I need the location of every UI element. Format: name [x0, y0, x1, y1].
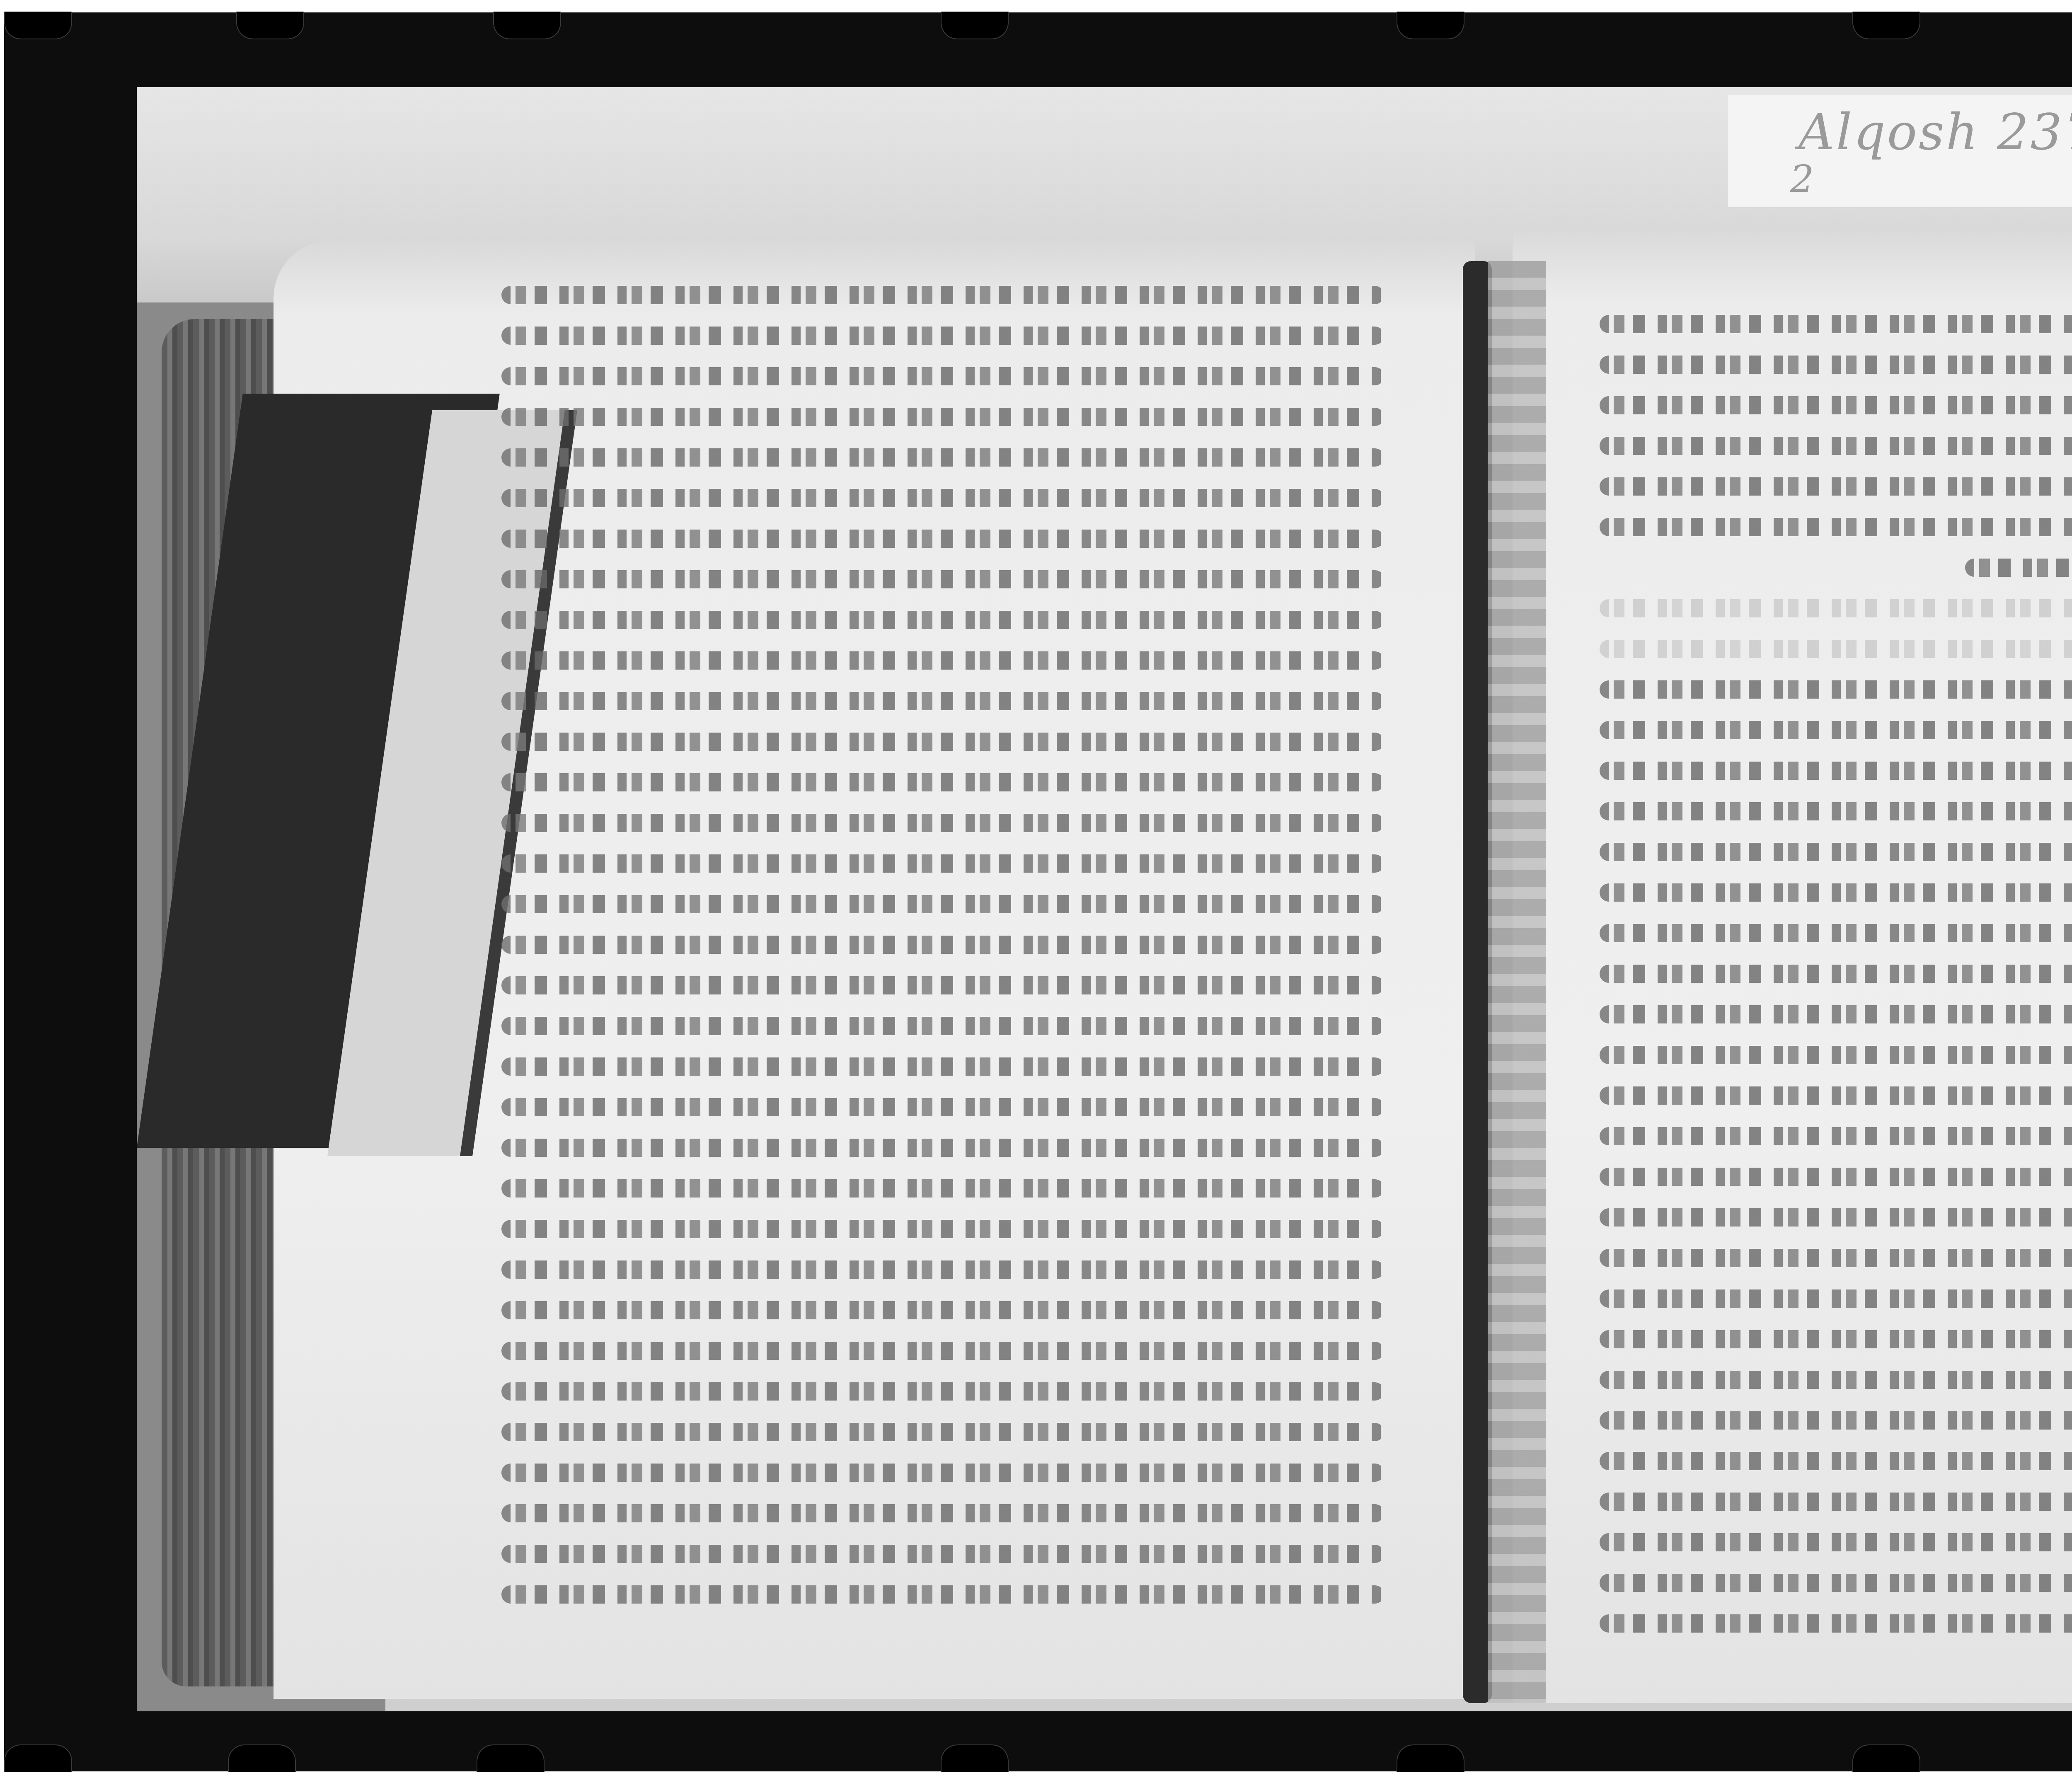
text-line	[1600, 680, 2072, 699]
shelfmark-label-card: Alqosh 237 2	[1728, 95, 2072, 207]
photo-frame: Alqosh 237 2	[137, 87, 2072, 1711]
left-page-text-block	[501, 286, 1384, 1626]
text-line	[501, 895, 1384, 913]
text-line	[501, 976, 1384, 994]
rubric-line	[1600, 640, 2072, 658]
sprocket-hole	[228, 1744, 296, 1772]
gutter-stubs	[1488, 261, 1546, 1703]
text-line	[1600, 883, 2072, 902]
text-line	[501, 1545, 1384, 1563]
text-line	[1600, 1533, 2072, 1551]
text-line	[1600, 1249, 2072, 1267]
text-line	[501, 1057, 1384, 1076]
text-line	[1600, 1127, 2072, 1145]
text-line	[1600, 1614, 2072, 1633]
text-line	[1600, 1086, 2072, 1105]
text-line	[1600, 1493, 2072, 1511]
text-line	[1600, 315, 2072, 333]
text-line	[1600, 477, 2072, 496]
sprocket-hole	[1397, 1744, 1464, 1772]
text-line	[501, 1585, 1384, 1604]
sprocket-hole	[941, 12, 1009, 39]
sprocket-hole	[493, 12, 561, 39]
text-line	[1600, 518, 2072, 536]
text-line	[1600, 1208, 2072, 1227]
text-line	[501, 1342, 1384, 1360]
text-line	[501, 651, 1384, 670]
text-line	[501, 408, 1384, 426]
text-line	[501, 611, 1384, 629]
text-line	[1600, 1371, 2072, 1389]
sprocket-hole	[4, 1744, 72, 1772]
text-line	[501, 1504, 1384, 1522]
text-line	[501, 448, 1384, 467]
text-line	[1600, 356, 2072, 374]
text-line	[1600, 802, 2072, 820]
text-line	[501, 286, 1384, 304]
text-line	[1600, 924, 2072, 942]
text-line	[1600, 1005, 2072, 1023]
text-line	[1600, 1411, 2072, 1430]
text-line	[501, 1382, 1384, 1401]
text-line	[1600, 437, 2072, 455]
right-page-text-block	[1600, 315, 2072, 1655]
text-line	[501, 1260, 1384, 1279]
text-line	[1600, 721, 2072, 739]
text-line	[1600, 396, 2072, 414]
sprocket-hole	[477, 1744, 545, 1772]
sprocket-hole	[236, 12, 304, 39]
text-line	[501, 692, 1384, 710]
film-strip: Alqosh 237 2	[4, 12, 2072, 1771]
text-line	[501, 570, 1384, 588]
text-line	[501, 327, 1384, 345]
text-line	[501, 1464, 1384, 1482]
sprocket-hole	[1397, 12, 1464, 39]
text-line	[1600, 1289, 2072, 1308]
sprocket-hole	[1852, 12, 1920, 39]
frame-number: 2	[1790, 157, 1814, 201]
text-line	[1600, 1046, 2072, 1064]
text-line	[501, 1220, 1384, 1238]
text-line	[501, 1098, 1384, 1116]
text-line	[501, 1301, 1384, 1319]
text-line	[1600, 1452, 2072, 1470]
text-line	[501, 1017, 1384, 1035]
text-line	[501, 1179, 1384, 1198]
sprocket-hole	[1852, 1744, 1920, 1772]
text-line	[1600, 1330, 2072, 1348]
text-line	[501, 854, 1384, 873]
text-line	[1600, 965, 2072, 983]
text-line	[1600, 762, 2072, 780]
text-line	[501, 530, 1384, 548]
text-line	[1600, 1168, 2072, 1186]
text-line	[501, 936, 1384, 954]
rubric-line	[1600, 599, 2072, 617]
text-line	[501, 814, 1384, 832]
text-line	[1600, 1574, 2072, 1592]
text-line	[501, 489, 1384, 507]
text-line	[501, 1423, 1384, 1441]
text-line	[501, 733, 1384, 751]
text-line	[501, 367, 1384, 385]
text-line	[501, 773, 1384, 791]
text-line	[1965, 559, 2072, 577]
text-line	[501, 1139, 1384, 1157]
shelfmark-reference: Alqosh 237	[1798, 104, 2072, 161]
sprocket-hole	[941, 1744, 1009, 1772]
sprocket-hole	[4, 12, 72, 39]
text-line	[1600, 843, 2072, 861]
